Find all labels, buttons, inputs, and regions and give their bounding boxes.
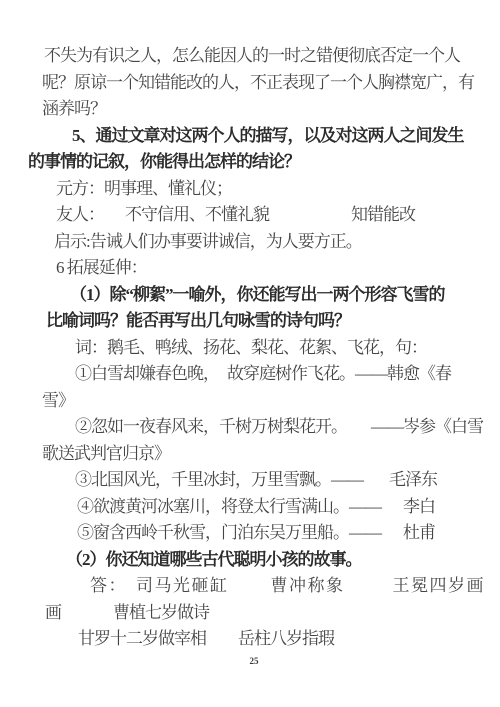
poem-text: ①白雪却嫌春色晚， — [75, 364, 219, 383]
question-5-line-2: 的事情的记叙，你能得出怎样的结论？ — [28, 149, 466, 176]
text-run: 启示:告诫人们办事要讲诚信，为人要方正。 — [54, 232, 362, 251]
poem-author: ——岑参《白雪 — [371, 417, 483, 436]
text-run: 不失为有识之人，怎么能因人的一时之错便彻底否定一个人 — [44, 46, 460, 65]
question-5-line-1: 5、通过文章对这两个人的描写，以及对这两人之间发生 — [72, 123, 466, 150]
document-page: 不失为有识之人，怎么能因人的一时之错便彻底否定一个人 呢？原谅一个知错能改的人，… — [0, 0, 500, 707]
stories-answer-line-1: 答：司马光砸缸曹冲称象王冕四岁画 — [90, 573, 466, 600]
youren-label: 友人： — [56, 205, 104, 224]
poem-author: 李白 — [403, 497, 435, 516]
answer-continuation-line-3: 涵养吗？ — [42, 96, 466, 123]
poem-3-line: ③北国风光，千里冰封，万里雪飘。——毛泽东 — [75, 467, 466, 494]
story-item: 曹冲称象 — [271, 576, 345, 595]
answer-continuation-line-1: 不失为有识之人，怎么能因人的一时之错便彻底否定一个人 — [44, 43, 466, 70]
text-run: 6 拓展延伸： — [56, 258, 147, 277]
story-item: 王冕四岁画 — [393, 576, 486, 595]
stories-answer-line-3: 甘罗十二岁做宰相岳柱八岁指瑕 — [78, 626, 466, 653]
text-run: 词：鹅毛、鸭绒、扬花、梨花、花絮、飞花，句： — [75, 338, 427, 357]
question-2-heading: （2）你还知道哪些古代聪明小孩的故事。 — [66, 547, 466, 574]
text-run: 比喻词吗？能否再写出几句咏雪的诗句吗？ — [46, 311, 350, 330]
text-run: （1）除“柳絮”一喻外，你还能写出一两个形容飞雪的 — [70, 285, 445, 304]
story-item-wrap: 画 — [45, 603, 61, 622]
text-run: 5、通过文章对这两个人的描写，以及对这两人之间发生 — [72, 126, 464, 145]
poem-text: ③北国风光，千里冰封，万里雪飘。—— — [75, 470, 363, 489]
metaphor-words-line: 词：鹅毛、鸭绒、扬花、梨花、花絮、飞花，句： — [75, 335, 466, 362]
poem-text: ⑤窗含西岭千秋雪，门泊东吴万里船。—— — [77, 523, 381, 542]
question-1-line-1: （1）除“柳絮”一喻外，你还能写出一两个形容飞雪的 — [70, 282, 466, 309]
qishi-line: 启示:告诫人们办事要讲诚信，为人要方正。 — [54, 229, 466, 256]
youren-traits: 不守信用、不懂礼貌 — [125, 205, 269, 224]
poem-1-line-2: 雪》 — [42, 388, 466, 415]
poem-2-line-2: 歌送武判官归京》 — [42, 441, 466, 468]
story-item: 司马光砸缸 — [136, 576, 229, 595]
story-item: 岳柱八岁指瑕 — [238, 629, 334, 648]
text-run: （2）你还知道哪些古代聪明小孩的故事。 — [66, 550, 362, 569]
yuanfang-answer-line: 元方：明事理、懂礼仪； — [56, 176, 466, 203]
poem-5-line: ⑤窗含西岭千秋雪，门泊东吴万里船。——杜甫 — [77, 520, 466, 547]
poem-author: 杜甫 — [403, 523, 435, 542]
page-number: 25 — [42, 656, 466, 666]
question-1-line-2: 比喻词吗？能否再写出几句咏雪的诗句吗？ — [46, 308, 466, 335]
poem-title-end: 歌送武判官归京》 — [42, 444, 170, 463]
answer-continuation-line-2: 呢？原谅一个知错能改的人，不正表现了一个人胸襟宽广，有 — [42, 70, 466, 97]
poem-1-line-1: ①白雪却嫌春色晚，故穿庭树作飞花。——韩愈《春 — [75, 361, 466, 388]
poem-text: ②忽如一夜春风来，千树万树梨花开。 — [75, 417, 347, 436]
stories-answer-line-2: 画曹植七岁做诗 — [45, 600, 466, 627]
poem-4-line: ④欲渡黄河冰塞川，将登太行雪满山。——李白 — [77, 494, 466, 521]
answer-label: 答： — [90, 576, 127, 595]
story-item: 甘罗十二岁做宰相 — [78, 629, 206, 648]
text-run: 元方：明事理、懂礼仪； — [56, 179, 232, 198]
document-content: 不失为有识之人，怎么能因人的一时之错便彻底否定一个人 呢？原谅一个知错能改的人，… — [0, 0, 500, 666]
poem-text-and-author: 故穿庭树作飞花。——韩愈《春 — [227, 364, 451, 383]
poem-text: ④欲渡黄河冰塞川，将登太行雪满山。—— — [77, 497, 381, 516]
poem-title-end: 雪》 — [42, 391, 74, 410]
poem-2-line-1: ②忽如一夜春风来，千树万树梨花开。——岑参《白雪 — [75, 414, 466, 441]
youren-redeeming-trait: 知错能改 — [351, 205, 415, 224]
story-item: 曹植七岁做诗 — [113, 603, 209, 622]
poem-author: 毛泽东 — [389, 470, 437, 489]
text-run: 的事情的记叙，你能得出怎样的结论？ — [28, 152, 300, 171]
text-run: 呢？原谅一个知错能改的人，不正表现了一个人胸襟宽广，有 — [42, 73, 474, 92]
text-run: 涵养吗？ — [42, 99, 106, 118]
youren-answer-line: 友人：不守信用、不懂礼貌知错能改 — [56, 202, 466, 229]
section-6-heading: 6 拓展延伸： — [56, 255, 466, 282]
